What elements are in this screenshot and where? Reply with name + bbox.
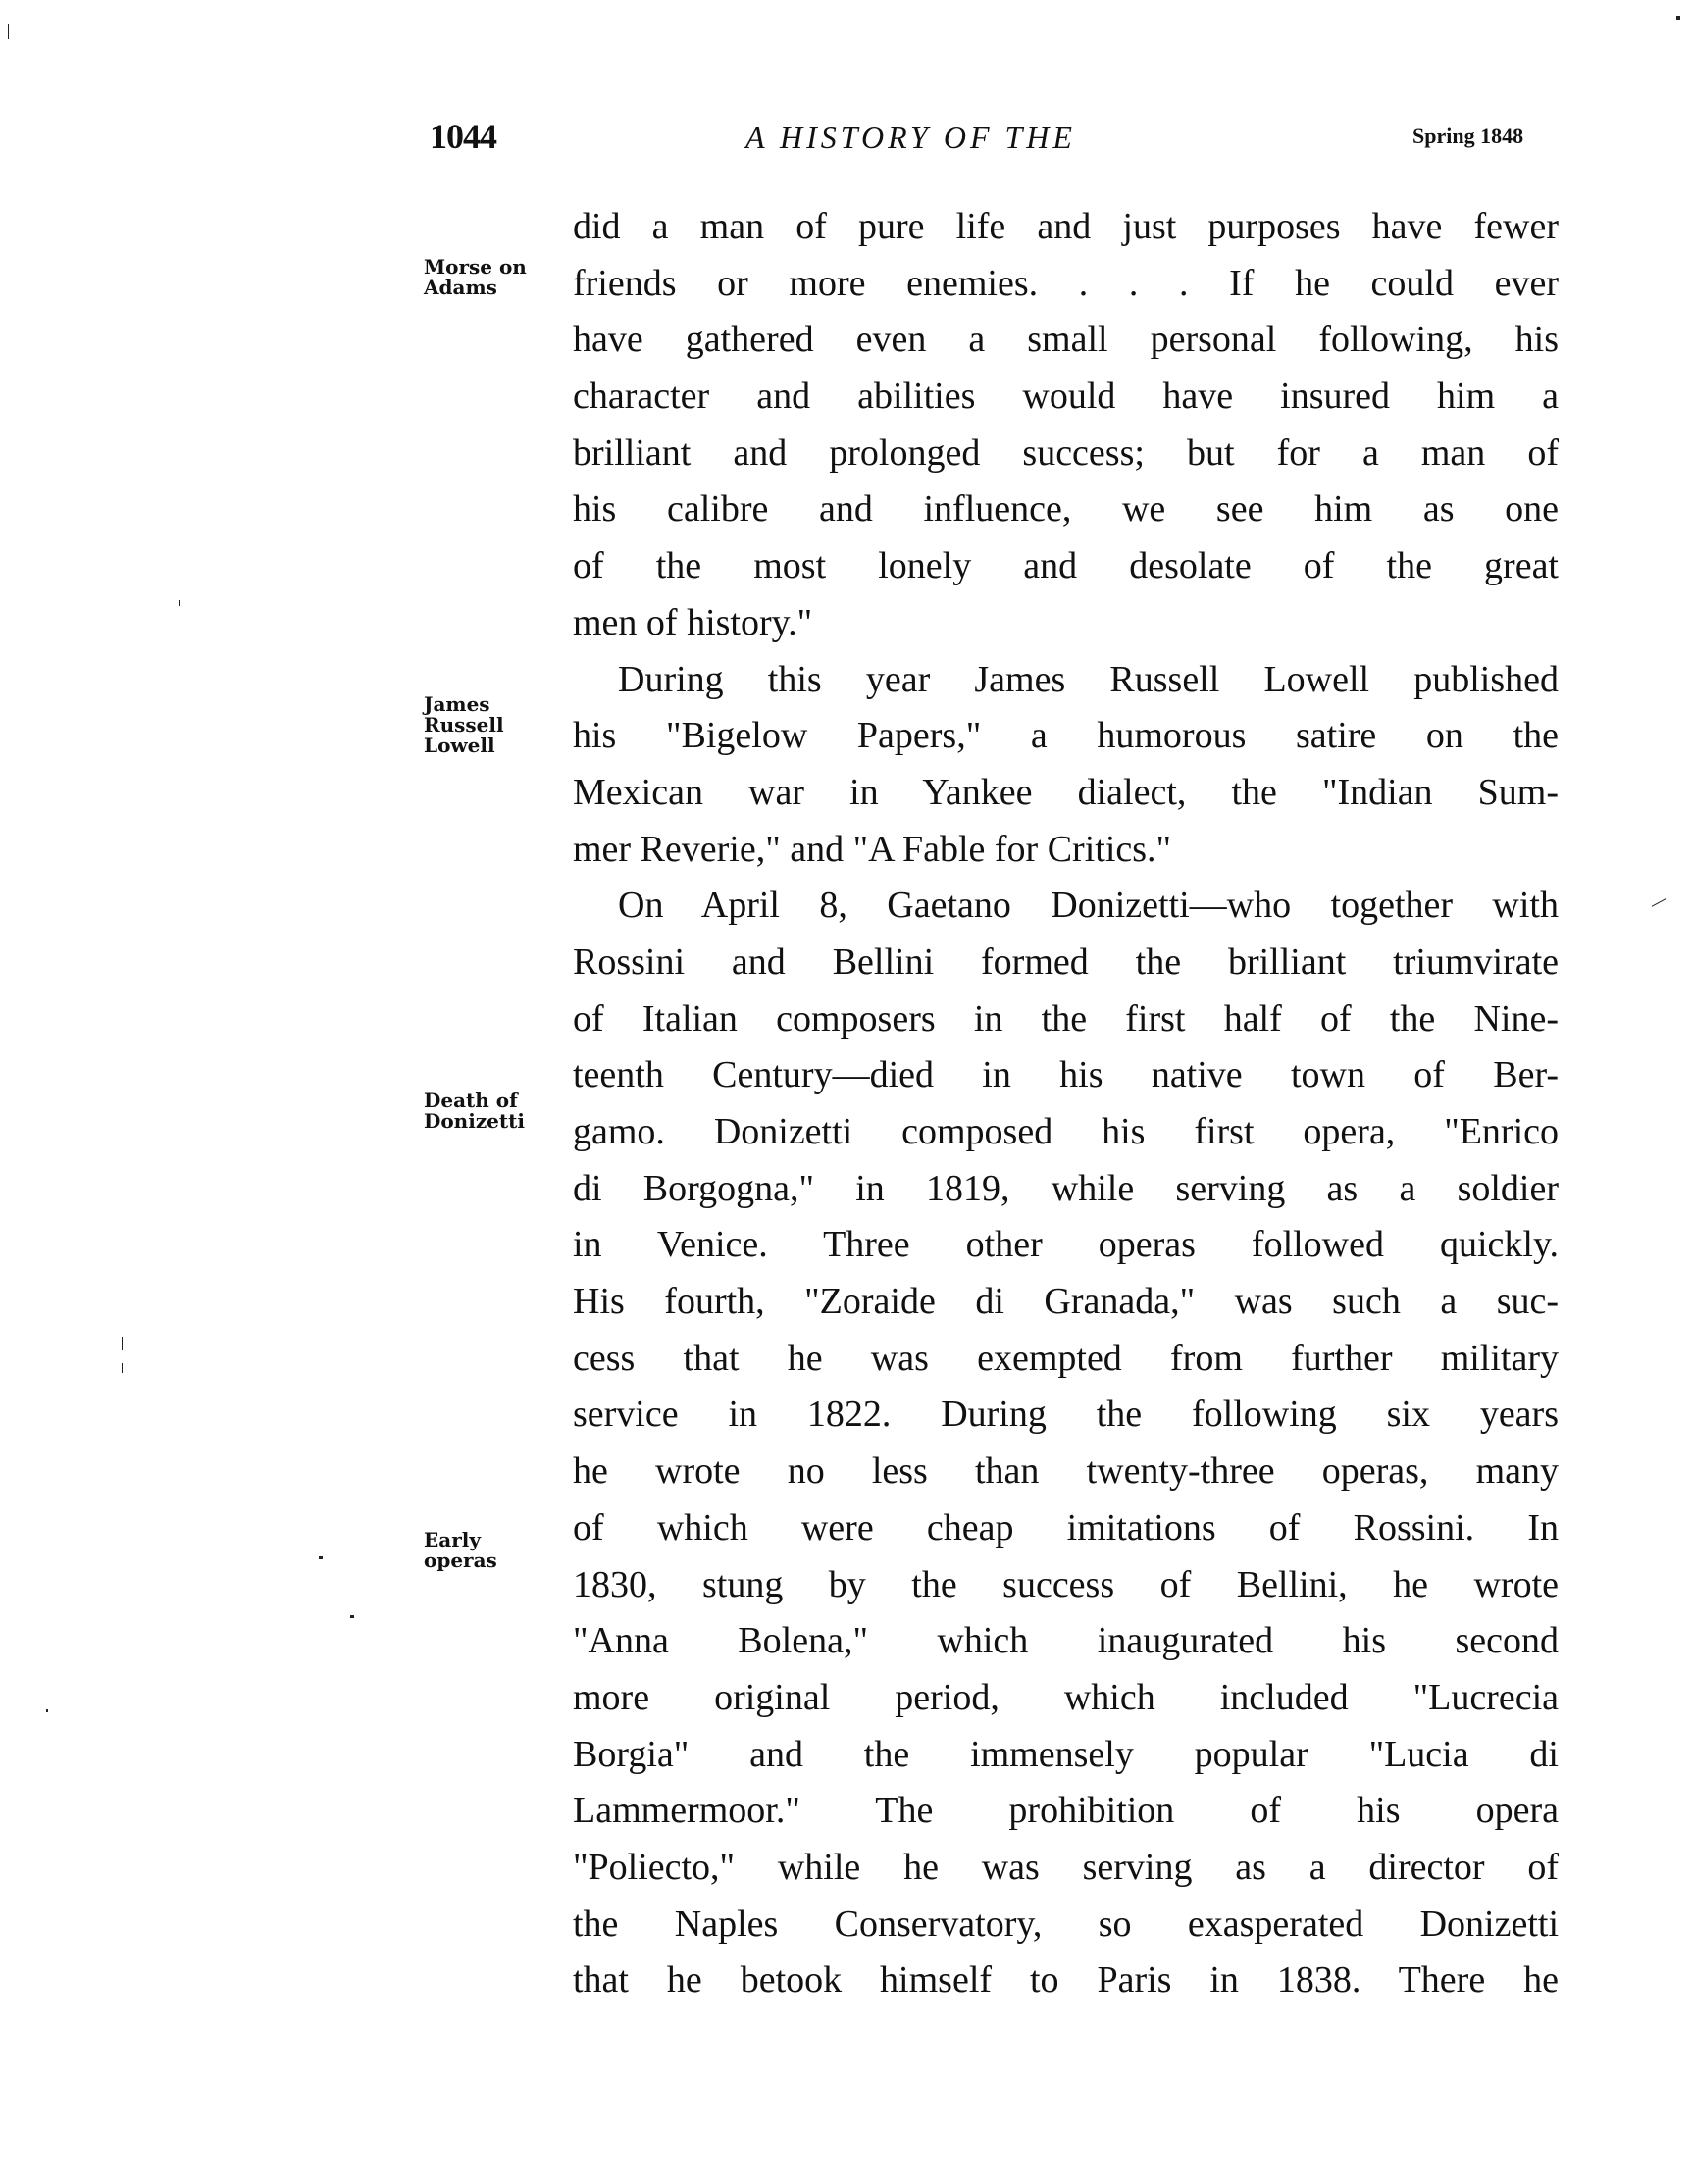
scan-mark — [122, 1363, 123, 1373]
margin-note-donizetti: Death of Donizetti — [424, 1091, 525, 1132]
margin-note-morse: Morse on Adams — [424, 257, 527, 298]
text-line: "Anna Bolena," which inaugurated his sec… — [573, 1613, 1559, 1670]
margin-note-line: Donizetti — [424, 1111, 525, 1132]
text-line: his calibre and influence, we see him as… — [573, 482, 1559, 538]
scan-mark — [350, 1615, 354, 1618]
text-line: character and abilities would have insur… — [573, 369, 1559, 426]
margin-note-line: Russell — [424, 715, 504, 736]
text-line: he wrote no less than twenty-three opera… — [573, 1444, 1559, 1500]
text-line: of the most lonely and desolate of the g… — [573, 538, 1559, 595]
text-line: of Italian composers in the first half o… — [573, 991, 1559, 1048]
text-line: friends or more enemies. . . . If he cou… — [573, 256, 1559, 313]
text-line: that he betook himself to Paris in 1838.… — [573, 1953, 1559, 2009]
text-line: have gathered even a small personal foll… — [573, 312, 1559, 369]
text-line: mer Reverie," and "A Fable for Critics." — [573, 822, 1559, 879]
margin-note-line: Morse on — [424, 257, 527, 278]
margin-note-line: operas — [424, 1550, 497, 1571]
scan-mark — [46, 1709, 48, 1712]
text-line: men of history." — [573, 595, 1559, 652]
text-line: During this year James Russell Lowell pu… — [573, 652, 1559, 709]
text-line: of which were cheap imitations of Rossin… — [573, 1500, 1559, 1557]
text-line: gamo. Donizetti composed his first opera… — [573, 1104, 1559, 1161]
text-line: "Poliecto," while he was serving as a di… — [573, 1840, 1559, 1897]
text-line: brilliant and prolonged success; but for… — [573, 426, 1559, 483]
text-line: Borgia" and the immensely popular "Lucia… — [573, 1727, 1559, 1784]
scan-mark — [319, 1556, 323, 1559]
text-line: service in 1822. During the following si… — [573, 1387, 1559, 1444]
text-line: 1830, stung by the success of Bellini, h… — [573, 1557, 1559, 1614]
text-line: di Borgogna," in 1819, while serving as … — [573, 1161, 1559, 1218]
page-number: 1044 — [430, 116, 496, 157]
margin-note-line: James — [424, 694, 504, 715]
running-title: A HISTORY OF THE — [745, 120, 1216, 156]
margin-note-line: Lowell — [424, 736, 504, 756]
text-line: Mexican war in Yankee dialect, the "Indi… — [573, 765, 1559, 822]
scan-mark — [8, 24, 9, 39]
body-text: did a man of pure life and just purposes… — [573, 199, 1559, 2009]
margin-note-lowell: James Russell Lowell — [424, 694, 504, 756]
text-line: On April 8, Gaetano Donizetti—who togeth… — [573, 878, 1559, 935]
scan-mark — [1676, 16, 1680, 20]
text-line: the Naples Conservatory, so exasperated … — [573, 1897, 1559, 1954]
scan-mark — [179, 600, 180, 606]
margin-note-line: Adams — [424, 278, 527, 298]
margin-note-line: Early — [424, 1530, 497, 1550]
text-line: teenth Century—died in his native town o… — [573, 1047, 1559, 1104]
text-line: in Venice. Three other operas followed q… — [573, 1217, 1559, 1274]
margin-note-early-operas: Early operas — [424, 1530, 497, 1571]
season-label: Spring 1848 — [1412, 124, 1523, 149]
text-line: more original period, which included "Lu… — [573, 1670, 1559, 1727]
text-line: Rossini and Bellini formed the brilliant… — [573, 935, 1559, 991]
text-line: Lammermoor." The prohibition of his oper… — [573, 1783, 1559, 1840]
text-line: did a man of pure life and just purposes… — [573, 199, 1559, 256]
scan-mark — [1652, 898, 1667, 906]
scan-mark — [122, 1337, 123, 1350]
text-line: cess that he was exempted from further m… — [573, 1331, 1559, 1388]
margin-note-line: Death of — [424, 1091, 525, 1111]
text-line: his "Bigelow Papers," a humorous satire … — [573, 708, 1559, 765]
text-line: His fourth, "Zoraide di Granada," was su… — [573, 1274, 1559, 1331]
